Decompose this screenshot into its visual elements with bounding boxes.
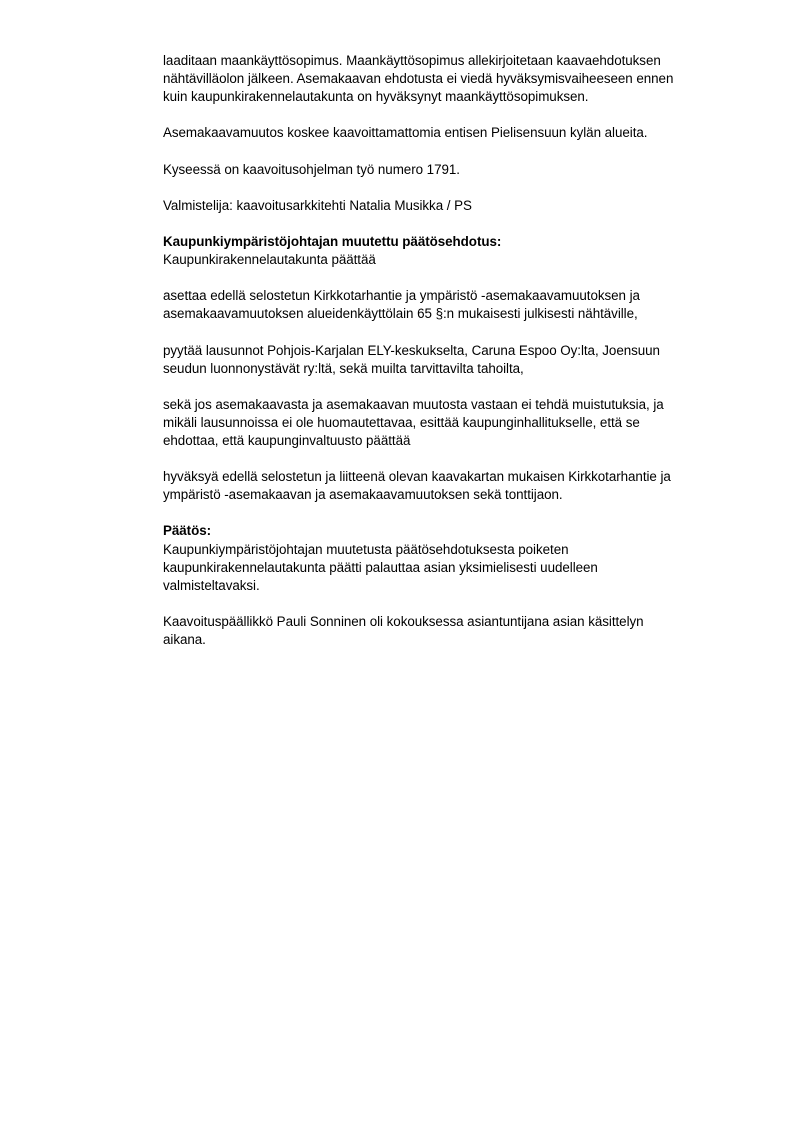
text-line: pyytää lausunnot Pohjois-Karjalan ELY-ke… xyxy=(163,342,738,360)
proposal-item-statements: pyytää lausunnot Pohjois-Karjalan ELY-ke… xyxy=(163,342,738,378)
text-line: ehdottaa, että kaupunginvaltuusto päättä… xyxy=(163,432,738,450)
paragraph-work-number: Kyseessä on kaavoitusohjelman työ numero… xyxy=(163,161,738,179)
closing-paragraph: Kaavoituspäällikkö Pauli Sonninen oli ko… xyxy=(163,613,738,649)
text-line: Valmistelija: kaavoitusarkkitehti Natali… xyxy=(163,197,738,215)
proposal-item-approve: hyväksyä edellä selostetun ja liitteenä … xyxy=(163,468,738,504)
proposal-intro: Kaupunkirakennelautakunta päättää xyxy=(163,251,738,269)
text-line: Kaavoituspäällikkö Pauli Sonninen oli ko… xyxy=(163,613,738,631)
text-line: Kyseessä on kaavoitusohjelman työ numero… xyxy=(163,161,738,179)
text-line: nähtävilläolon jälkeen. Asemakaavan ehdo… xyxy=(163,70,738,88)
proposal-item-public-display: asettaa edellä selostetun Kirkkotarhanti… xyxy=(163,287,738,323)
paragraph-plan-area: Asemakaavamuutos koskee kaavoittamattomi… xyxy=(163,124,738,142)
text-line: hyväksyä edellä selostetun ja liitteenä … xyxy=(163,468,738,486)
paragraph-preparer: Valmistelija: kaavoitusarkkitehti Natali… xyxy=(163,197,738,215)
text-line: kaupunkirakennelautakunta päätti palautt… xyxy=(163,559,738,577)
proposal-section: Kaupunkiympäristöjohtajan muutettu päätö… xyxy=(163,233,738,269)
text-line: valmisteltavaksi. xyxy=(163,577,738,595)
text-line: seudun luonnonystävät ry:ltä, sekä muilt… xyxy=(163,360,738,378)
text-line: asettaa edellä selostetun Kirkkotarhanti… xyxy=(163,287,738,305)
document-page: laaditaan maankäyttösopimus. Maankäyttös… xyxy=(163,52,738,667)
proposal-item-conditional: sekä jos asemakaavasta ja asemakaavan mu… xyxy=(163,396,738,450)
proposal-heading: Kaupunkiympäristöjohtajan muutettu päätö… xyxy=(163,233,738,251)
text-line: Kaupunkiympäristöjohtajan muutetusta pää… xyxy=(163,541,738,559)
text-line: asemakaavamuutoksen alueidenkäyttölain 6… xyxy=(163,305,738,323)
decision-heading: Päätös: xyxy=(163,522,738,540)
text-line: ympäristö -asemakaavan ja asemakaavamuut… xyxy=(163,486,738,504)
paragraph-land-use-agreement: laaditaan maankäyttösopimus. Maankäyttös… xyxy=(163,52,738,106)
text-line: Asemakaavamuutos koskee kaavoittamattomi… xyxy=(163,124,738,142)
text-line: sekä jos asemakaavasta ja asemakaavan mu… xyxy=(163,396,738,414)
text-line: aikana. xyxy=(163,631,738,649)
text-line: laaditaan maankäyttösopimus. Maankäyttös… xyxy=(163,52,738,70)
decision-section: Päätös: Kaupunkiympäristöjohtajan muutet… xyxy=(163,522,738,594)
text-line: mikäli lausunnoissa ei ole huomautettava… xyxy=(163,414,738,432)
text-line: kuin kaupunkirakennelautakunta on hyväks… xyxy=(163,88,738,106)
